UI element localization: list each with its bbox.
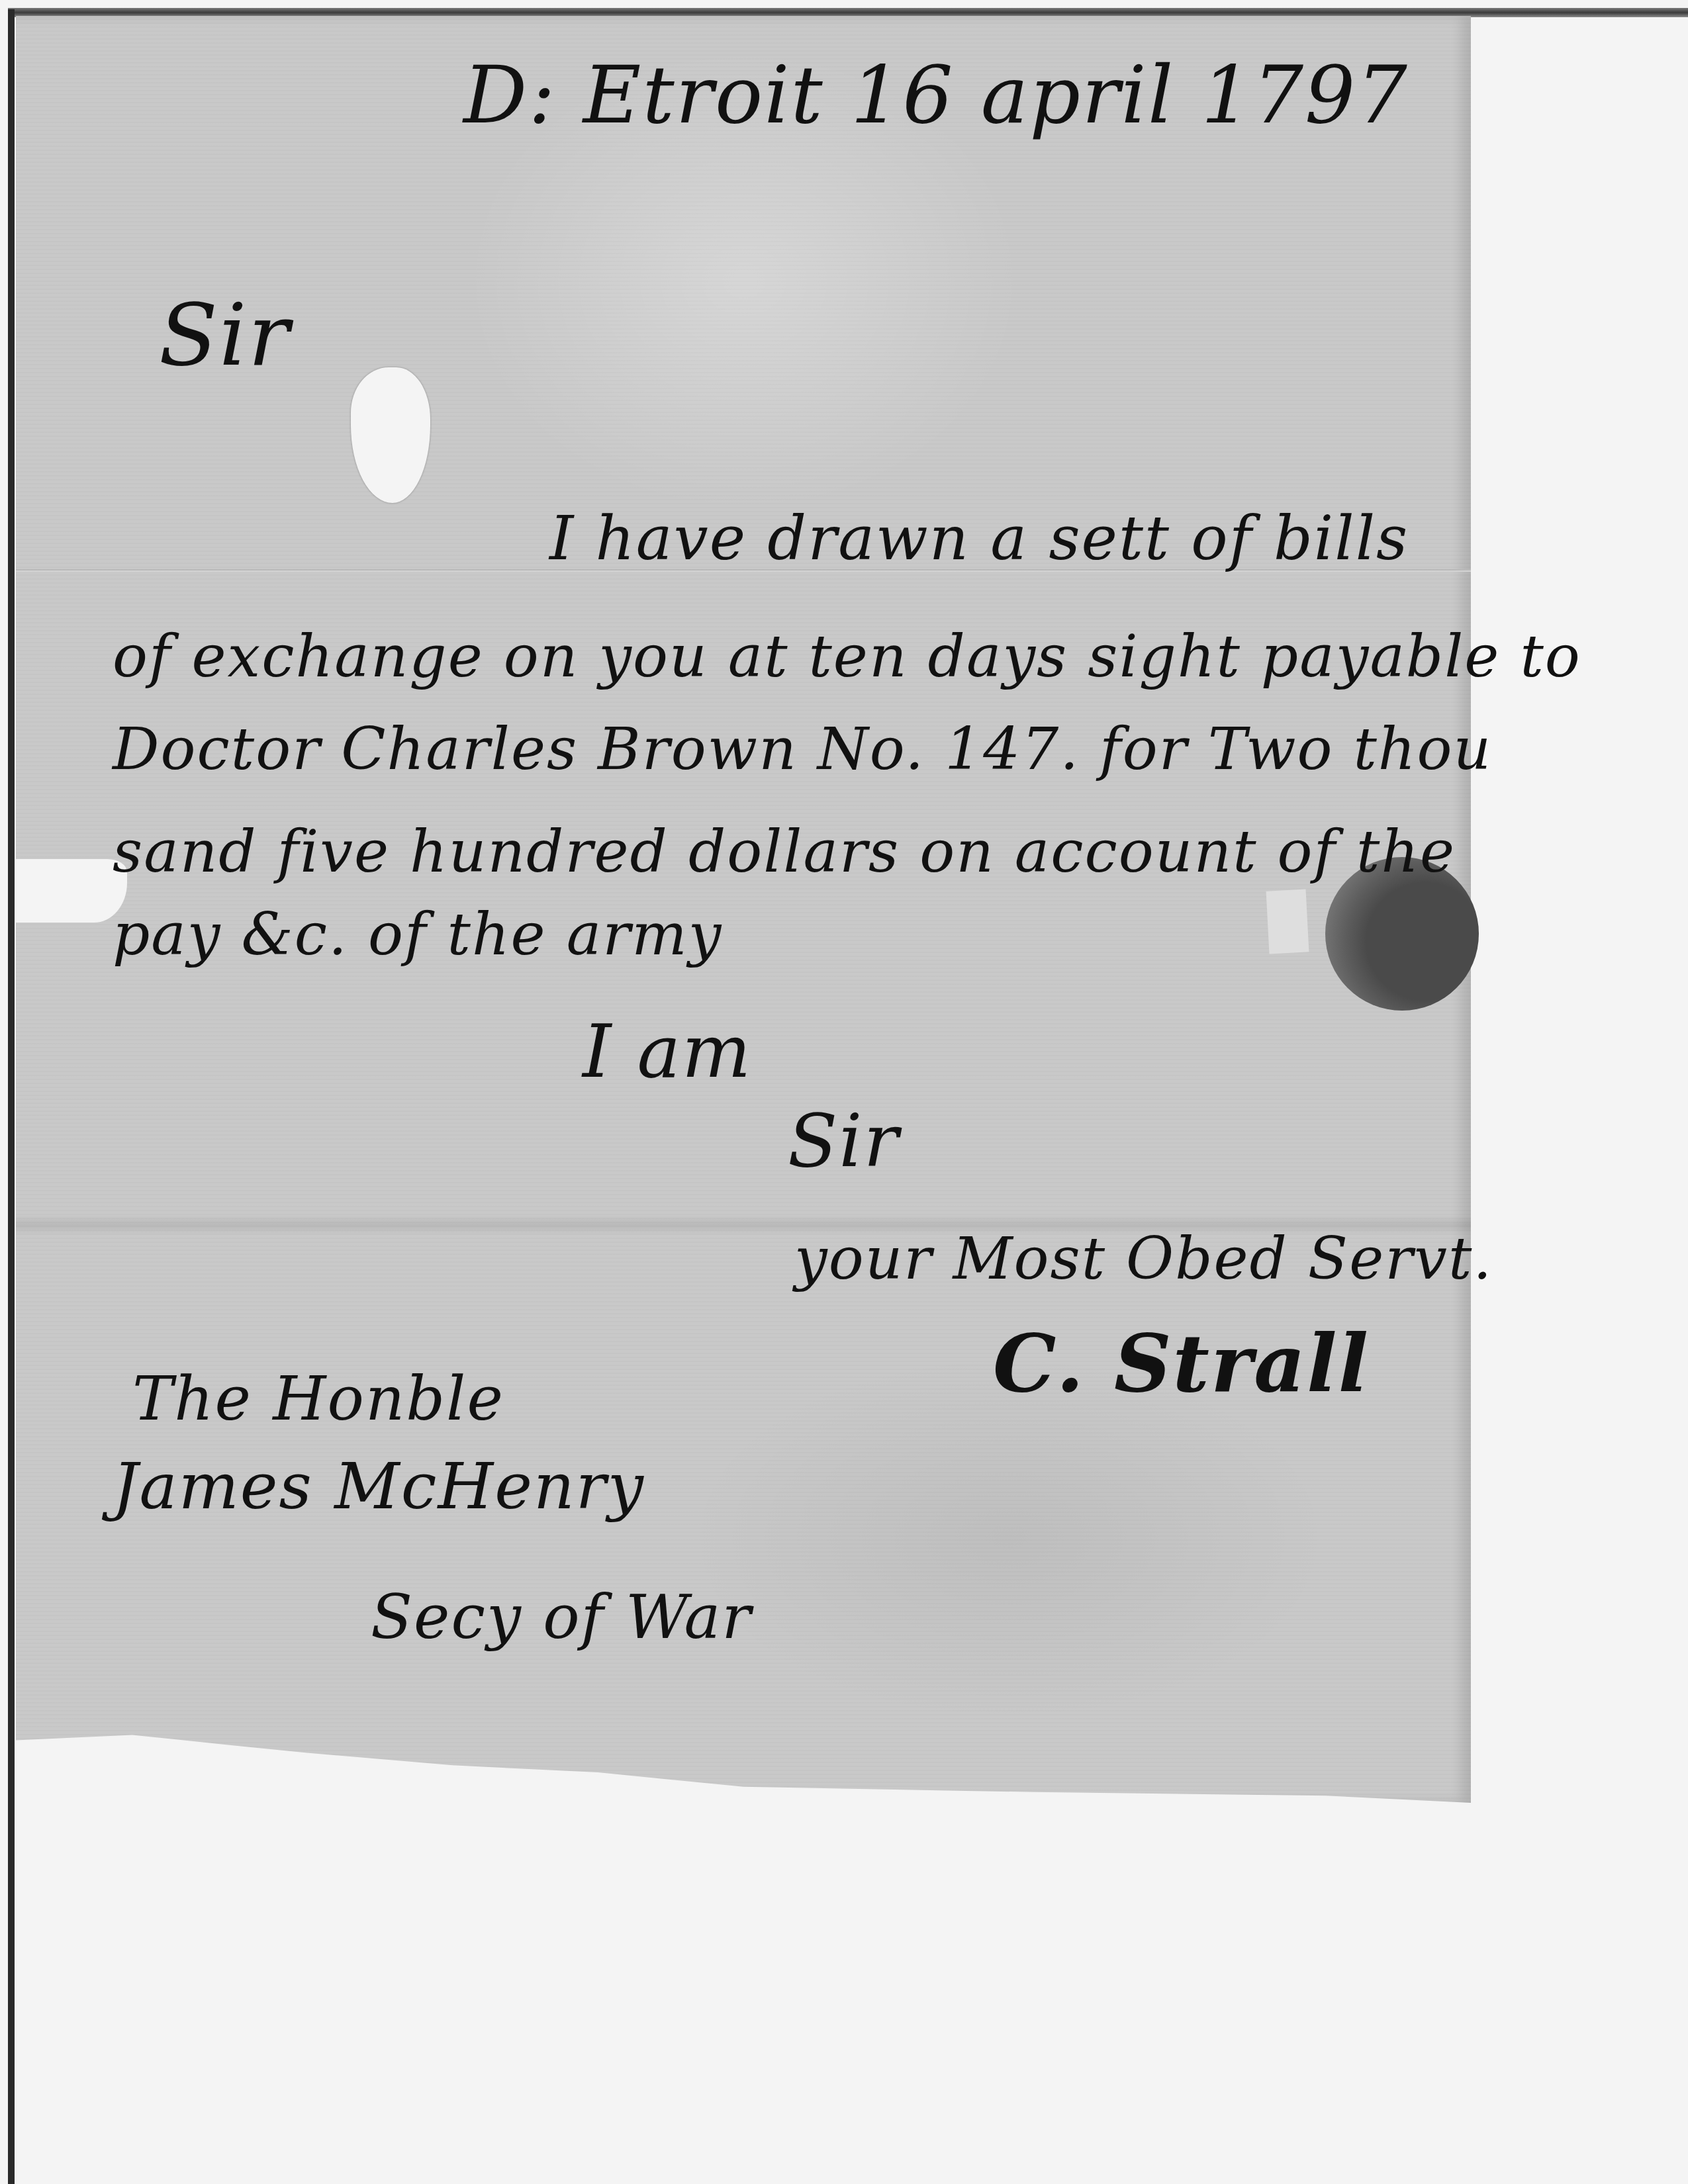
salutation: Sir [159,285,291,385]
body-line: pay &c. of the army [113,900,722,968]
paper-tear [16,859,127,923]
scanner-top-edge [8,8,1688,17]
closing-line: your Most Obed Servt. [794,1224,1493,1293]
body-line: of exchange on you at ten days sight pay… [113,622,1581,690]
addressee-line: Secy of War [371,1582,752,1653]
addressee-line: James McHenry [113,1449,645,1524]
addressee-line: The Honble [132,1363,504,1434]
body-line: I have drawn a sett of bills [549,503,1409,574]
closing-line: Sir [788,1099,900,1183]
body-line: sand five hundred dollars on account of … [113,817,1456,886]
dateline: D: Etroit 16 april 1797 [463,50,1409,142]
seal-paper-scrap [1266,889,1309,954]
scanner-left-edge [8,9,15,2184]
body-line: Doctor Charles Brown No. 147. for Two th… [113,715,1492,783]
closing-line: I am [583,1009,752,1094]
signature: C. Strall [993,1317,1370,1410]
